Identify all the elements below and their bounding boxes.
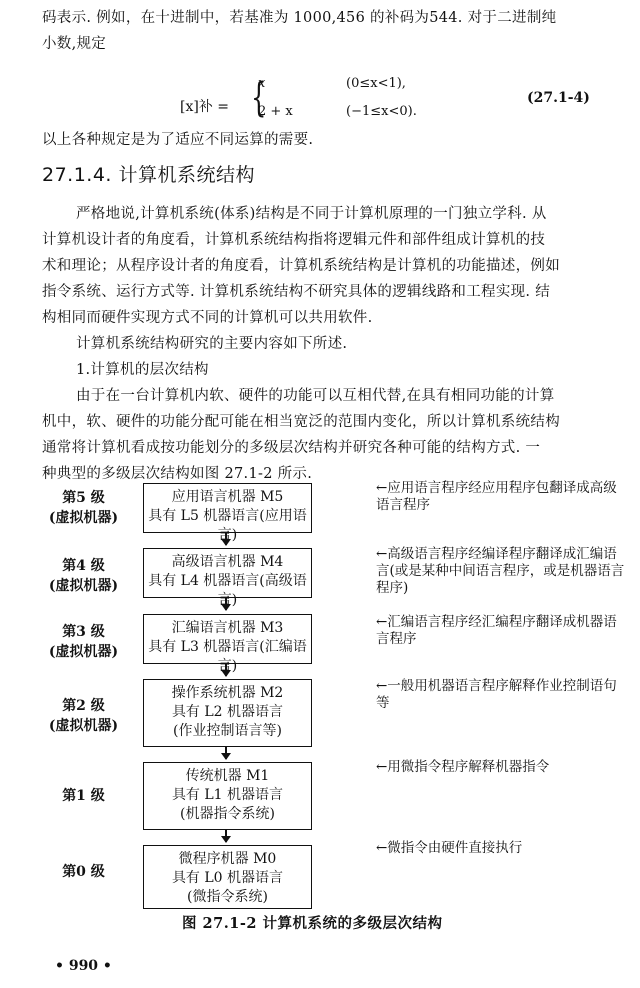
level-5-label: 第5 级 (虚拟机器) (36, 488, 131, 528)
intro-line-3: 以上各种规定是为了适应不同运算的需要. (42, 128, 313, 149)
box-line: 应用语言机器 M5 (144, 488, 311, 507)
paragraph-2: 计算机系统结构研究的主要内容如下所述. (76, 332, 347, 353)
box-line: (作业控制语言等) (144, 722, 311, 741)
arrow-down-icon (225, 664, 227, 676)
intro-line-2: 小数,规定 (42, 32, 106, 53)
paragraph-3-line: 种典型的多级层次结构如图 27.1-2 所示. (42, 462, 312, 483)
level-label: 第4 级 (36, 556, 131, 576)
box-line: (微指令系统) (144, 888, 311, 907)
formula-case-2-cond: (−1≤x<0). (346, 104, 417, 119)
level-1-box: 传统机器 M1 具有 L1 机器语言 (机器指令系统) (143, 762, 312, 830)
arrow-down-icon (225, 830, 227, 842)
level-4-note: ←高级语言程序经编译程序翻译成汇编语言(或是某种中间语言程序，或是机器语言程序) (376, 546, 626, 597)
paragraph-1-line: 严格地说,计算机系统(体系)结构是不同于计算机原理的一门独立学科. 从 (76, 202, 547, 223)
level-label: 第5 级 (36, 488, 131, 508)
level-sublabel: (虚拟机器) (36, 576, 131, 596)
level-sublabel: (虚拟机器) (36, 716, 131, 736)
level-5-box: 应用语言机器 M5 具有 L5 机器语言(应用语言) (143, 483, 312, 533)
level-2-note: ←一般用机器语言程序解释作业控制语句等 (376, 678, 626, 712)
box-line: 具有 L1 机器语言 (144, 786, 311, 805)
paragraph-1-line: 构相同而硬件实现方式不同的计算机可以共用软件. (42, 306, 373, 327)
level-sublabel: (虚拟机器) (36, 642, 131, 662)
section-heading: 27.1.4. 计算机系统结构 (42, 160, 255, 187)
box-line: 传统机器 M1 (144, 767, 311, 786)
formula-case-2-expr: 2 + x (258, 104, 293, 119)
box-line: 高级语言机器 M4 (144, 553, 311, 572)
level-sublabel: (虚拟机器) (36, 508, 131, 528)
arrow-down-icon (225, 533, 227, 545)
level-0-box: 微程序机器 M0 具有 L0 机器语言 (微指令系统) (143, 845, 312, 909)
level-2-box: 操作系统机器 M2 具有 L2 机器语言 (作业控制语言等) (143, 679, 312, 747)
arrow-down-icon (225, 598, 227, 610)
box-line: 具有 L0 机器语言 (144, 869, 311, 888)
paragraph-1-line: 术和理论；从程序设计者的角度看，计算机系统结构是计算机的功能描述，例如 (42, 254, 560, 275)
figure-caption: 图 27.1-2 计算机系统的多级层次结构 (182, 912, 443, 933)
level-3-note: ←汇编语言程序经汇编程序翻译成机器语言程序 (376, 614, 626, 648)
level-label: 第1 级 (36, 786, 131, 806)
box-line: 汇编语言机器 M3 (144, 619, 311, 638)
level-0-label: 第0 级 (36, 862, 131, 882)
equation-number: (27.1-4) (527, 90, 590, 106)
arrow-down-icon (225, 747, 227, 759)
subsection-heading: 1.计算机的层次结构 (76, 358, 209, 379)
level-1-note: ←用微指令程序解释机器指令 (376, 759, 626, 776)
level-label: 第2 级 (36, 696, 131, 716)
level-2-label: 第2 级 (虚拟机器) (36, 696, 131, 736)
level-5-note: ←应用语言程序经应用程序包翻译成高级语言程序 (376, 480, 626, 514)
box-line: 具有 L2 机器语言 (144, 703, 311, 722)
formula-case-1-expr: x (258, 76, 265, 91)
page-number: • 990 • (55, 958, 112, 974)
level-4-label: 第4 级 (虚拟机器) (36, 556, 131, 596)
level-3-label: 第3 级 (虚拟机器) (36, 622, 131, 662)
level-label: 第3 级 (36, 622, 131, 642)
box-line: 操作系统机器 M2 (144, 684, 311, 703)
level-label: 第0 级 (36, 862, 131, 882)
level-0-note: ←微指令由硬件直接执行 (376, 840, 626, 857)
formula-case-1-cond: (0≤x<1), (346, 76, 406, 91)
level-4-box: 高级语言机器 M4 具有 L4 机器语言(高级语言) (143, 548, 312, 598)
paragraph-3-line: 通常将计算机看成按功能划分的多级层次结构并研究各种可能的结构方式. 一 (42, 436, 540, 457)
level-1-label: 第1 级 (36, 786, 131, 806)
paragraph-1-line: 指令系统、运行方式等. 计算机系统结构不研究具体的逻辑线路和工程实现. 结 (42, 280, 550, 301)
intro-line-1: 码表示. 例如，在十进制中，若基准为 1000,456 的补码为544. 对于二… (42, 6, 556, 27)
box-line: (机器指令系统) (144, 805, 311, 824)
box-line: 微程序机器 M0 (144, 850, 311, 869)
level-3-box: 汇编语言机器 M3 具有 L3 机器语言(汇编语言) (143, 614, 312, 664)
paragraph-1-line: 计算机设计者的角度看，计算机系统结构指将逻辑元件和部件组成计算机的技 (42, 228, 545, 249)
paragraph-3-line: 机中，软、硬件的功能分配可能在相当宽泛的范围内变化，所以计算机系统结构 (42, 410, 560, 431)
paragraph-3-line: 由于在一台计算机内软、硬件的功能可以互相代替,在具有相同功能的计算 (76, 384, 555, 405)
formula-lhs: [x]补 = (180, 96, 229, 116)
